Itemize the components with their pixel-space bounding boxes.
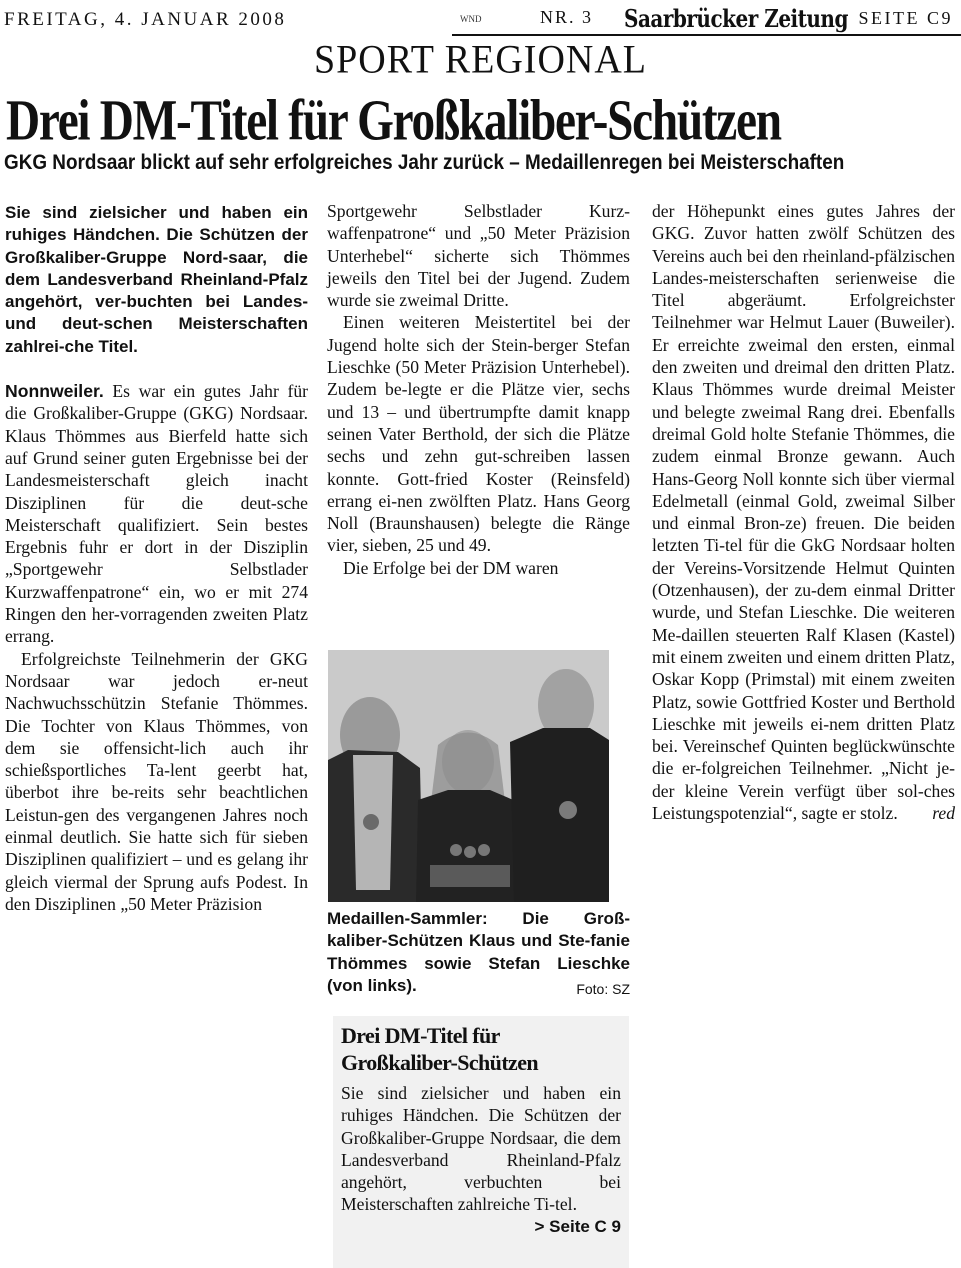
paragraph: Einen weiteren Meistertitel bei der Juge… (327, 311, 630, 556)
dateline: Nonnweiler. (5, 381, 104, 401)
paragraph: der Höhepunkt eines gutes Jahres der GKG… (652, 200, 955, 824)
page-reference-link[interactable]: > Seite C 9 (535, 1216, 621, 1238)
edition-code: WND (460, 14, 482, 24)
article-body: Sportgewehr Selbstlader Kurz-waffenpatro… (327, 200, 630, 579)
teaser-title: Drei DM-Titel für Großkaliber-Schützen (341, 1022, 621, 1076)
photo-caption: Medaillen-Sammler: Die Groß-kaliber-Schü… (327, 908, 630, 1000)
photo-credit: Foto: SZ (576, 978, 630, 1000)
paragraph: Die Erfolge bei der DM waren (327, 557, 630, 579)
article-column-2: Sportgewehr Selbstlader Kurz-waffenpatro… (327, 200, 630, 579)
article-lead: Sie sind zielsicher und haben ein ruhige… (5, 202, 308, 358)
article-body: Nonnweiler. Es war ein gutes Jahr für di… (5, 380, 308, 915)
article-subheadline: GKG Nordsaar blickt auf sehr erfolgreich… (4, 151, 844, 175)
page-number: SEITE C9 (859, 8, 954, 29)
masthead: WND NR. 3 Saarbrücker Zeitung SEITE C9 (452, 4, 961, 36)
article-column-3: der Höhepunkt eines gutes Jahres der GKG… (652, 200, 955, 824)
paragraph: Sportgewehr Selbstlader Kurz-waffenpatro… (327, 200, 630, 311)
section-title: SPORT REGIONAL (0, 37, 961, 83)
article-body: der Höhepunkt eines gutes Jahres der GKG… (652, 200, 955, 824)
teaser-title-line: Drei DM-Titel für (341, 1022, 621, 1049)
page-header: FREITAG, 4. JANUAR 2008 WND NR. 3 Saarbr… (0, 0, 961, 40)
paragraph-text: der Höhepunkt eines gutes Jahres der GKG… (652, 201, 955, 823)
article-headline: Drei DM-Titel für Großkaliber-Schützen (6, 87, 827, 153)
teaser-body: Sie sind zielsicher und haben ein ruhige… (341, 1082, 621, 1216)
issue-number: NR. 3 (540, 7, 593, 28)
article-column-1: Sie sind zielsicher und haben ein ruhige… (5, 200, 308, 915)
teaser-title-line: Großkaliber-Schützen (341, 1049, 621, 1076)
paragraph-text: Es war ein gutes Jahr für die Großkalibe… (5, 381, 308, 646)
paragraph: Nonnweiler. Es war ein gutes Jahr für di… (5, 380, 308, 648)
teaser-text: Sie sind zielsicher und haben ein ruhige… (341, 1083, 621, 1214)
teaser-box: Drei DM-Titel für Großkaliber-Schützen S… (333, 1016, 629, 1268)
paragraph: Erfolgreichste Teilnehmerin der GKG Nord… (5, 648, 308, 916)
people-photo-icon (328, 650, 609, 902)
newspaper-logo: Saarbrücker Zeitung (624, 4, 848, 33)
issue-date: FREITAG, 4. JANUAR 2008 (4, 9, 286, 31)
author-signature: red (932, 802, 955, 824)
article-photo (328, 650, 609, 902)
